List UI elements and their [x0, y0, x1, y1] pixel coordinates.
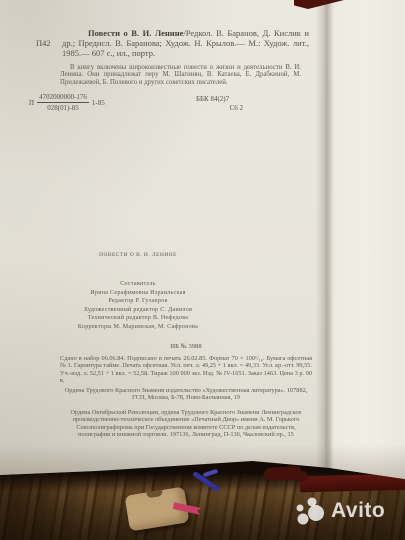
bbk-main: ББК 84(2)7	[196, 95, 246, 104]
book-photo: П42 Повести о В. И. Ленине/Редкол. В. Ба…	[0, 0, 405, 540]
compiler-role: Составитель	[44, 280, 232, 289]
catalog-suffix: 1-85	[92, 99, 105, 107]
publisher-info: Ордена Трудового Красного Знамени издате…	[62, 387, 310, 402]
bbk-sub: С6 2	[196, 104, 246, 113]
bibliographic-record: Повести о В. И. Ленине/Редкол. В. Барано…	[62, 28, 309, 58]
compiler-name: Ирина Серафимовна Израильская	[44, 289, 232, 298]
proofreaders-line: Корректоры М. Маримская, М. Сафронова	[44, 323, 232, 332]
annotation-paragraph: В книгу включены широкоизвестные повести…	[60, 64, 301, 86]
catalog-denominator: 028(01)-85	[37, 103, 89, 112]
avito-logo-icon	[295, 495, 327, 527]
print-details: Сдано в набор 06.06.84. Подписано в печа…	[60, 355, 312, 384]
bbk-code: ББК 84(2)7 С6 2	[196, 95, 246, 112]
book-title-heading: ПОВЕСТИ О В. И. ЛЕНИНЕ	[58, 252, 218, 258]
catalog-prefix: П	[29, 99, 34, 107]
credits-block: Составитель Ирина Серафимовна Израильска…	[44, 280, 232, 332]
editor-line: Редактор Р. Гузаиров	[44, 297, 232, 306]
bib-udc-code: П42	[36, 38, 51, 48]
art-editor-line: Художественный редактор С. Данилов	[44, 306, 232, 315]
ib-number: ИБ № 3988	[60, 343, 312, 350]
catalog-numerator: 4702000000-176	[37, 93, 89, 103]
book-title: Повести о В. И. Ленине	[88, 28, 183, 38]
avito-watermark-text: Avito	[331, 499, 385, 523]
bookmark-slot	[146, 490, 163, 498]
open-book-pages: П42 Повести о В. И. Ленине/Редкол. В. Ба…	[0, 0, 405, 482]
printer-info: Ордена Октябрьской Революции, ордена Тру…	[64, 409, 308, 438]
catalog-fraction: 4702000000-176 028(01)-85	[37, 93, 89, 112]
book-cover-corner	[294, 471, 308, 482]
avito-watermark: Avito	[295, 495, 385, 527]
catalog-number: П 4702000000-176 028(01)-85 1-85	[29, 93, 105, 112]
tech-editor-line: Технический редактор В. Нефедова	[44, 314, 232, 323]
